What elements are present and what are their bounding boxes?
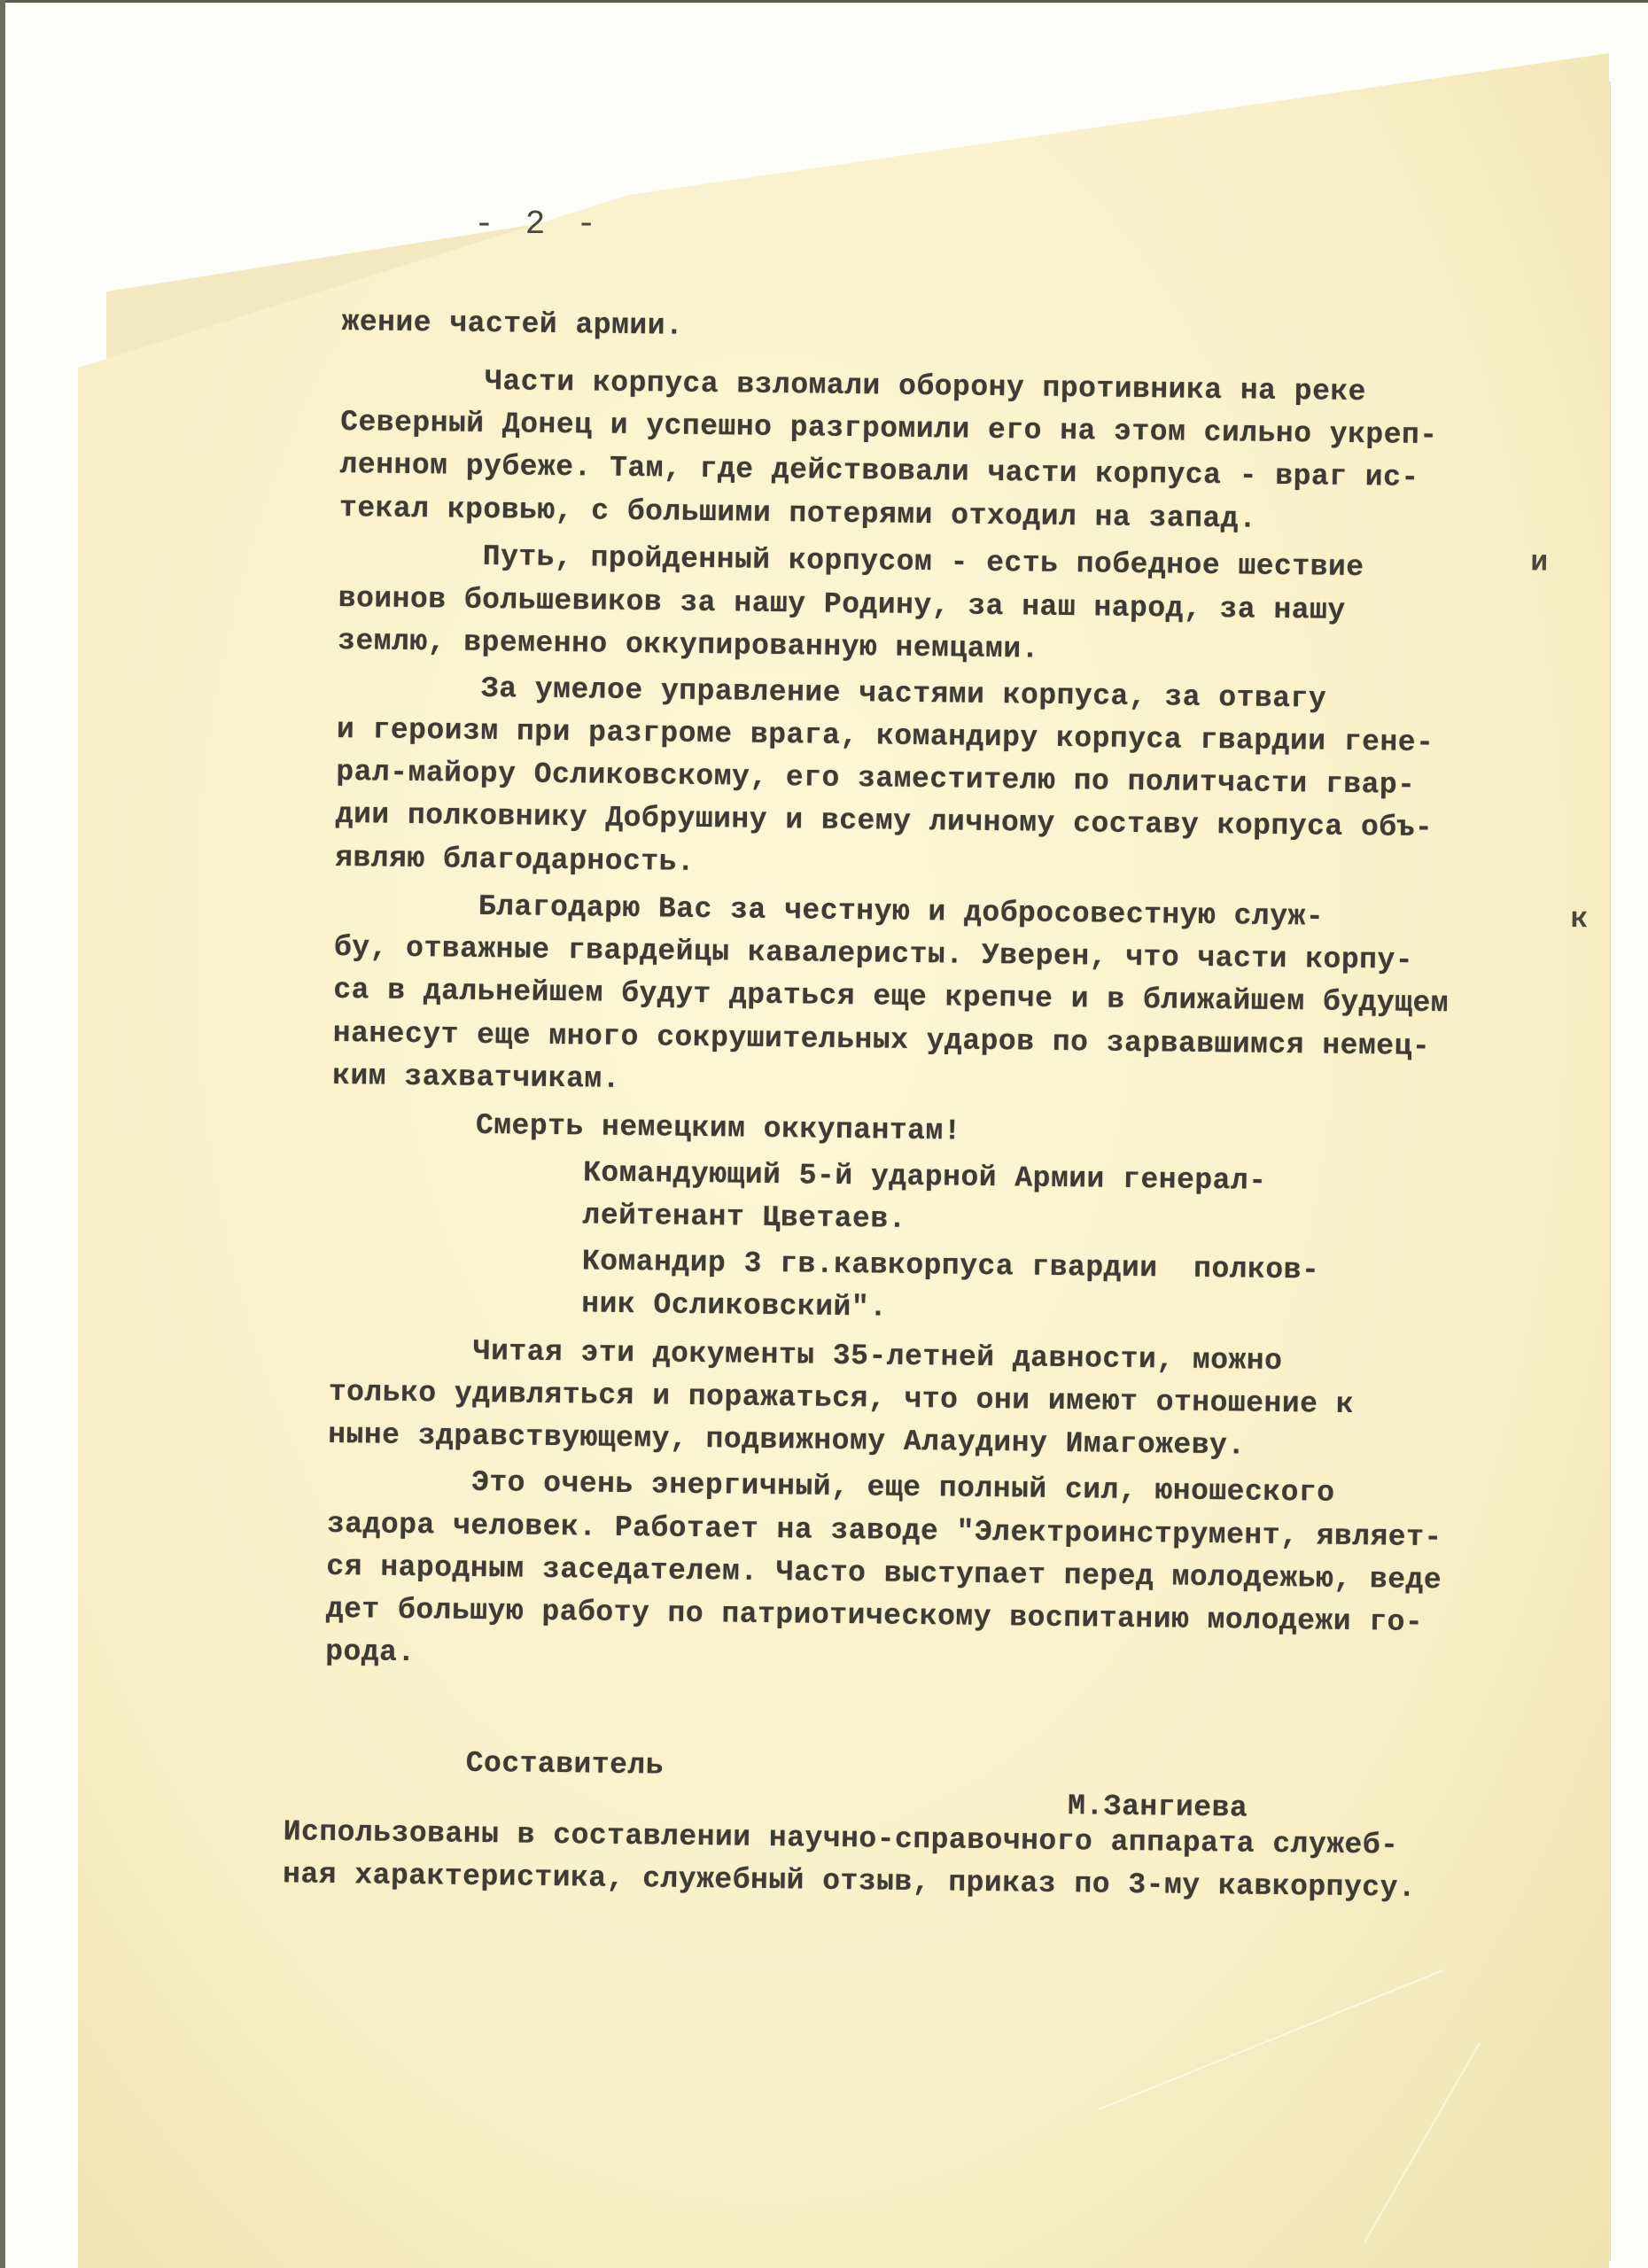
body-line: жение частей армии. [341, 306, 683, 343]
body-line: рода. [325, 1635, 416, 1669]
compiler-label: Составитель [465, 1747, 664, 1783]
body-line: ник Осликовский". [330, 1285, 888, 1324]
scanner-left-edge [0, 0, 5, 2268]
stray-typed-mark: к [1570, 903, 1589, 936]
body-line: лейтенант Цветаев. [330, 1196, 906, 1236]
compiler-name: М.Зангиева [1068, 1790, 1248, 1824]
body-line: являю благодарность. [335, 842, 695, 879]
scanner-top-edge [0, 0, 1648, 3]
stray-typed-mark: и [1530, 546, 1549, 579]
page-number: - 2 - [474, 206, 602, 244]
body-line: ким захватчикам. [332, 1060, 620, 1096]
